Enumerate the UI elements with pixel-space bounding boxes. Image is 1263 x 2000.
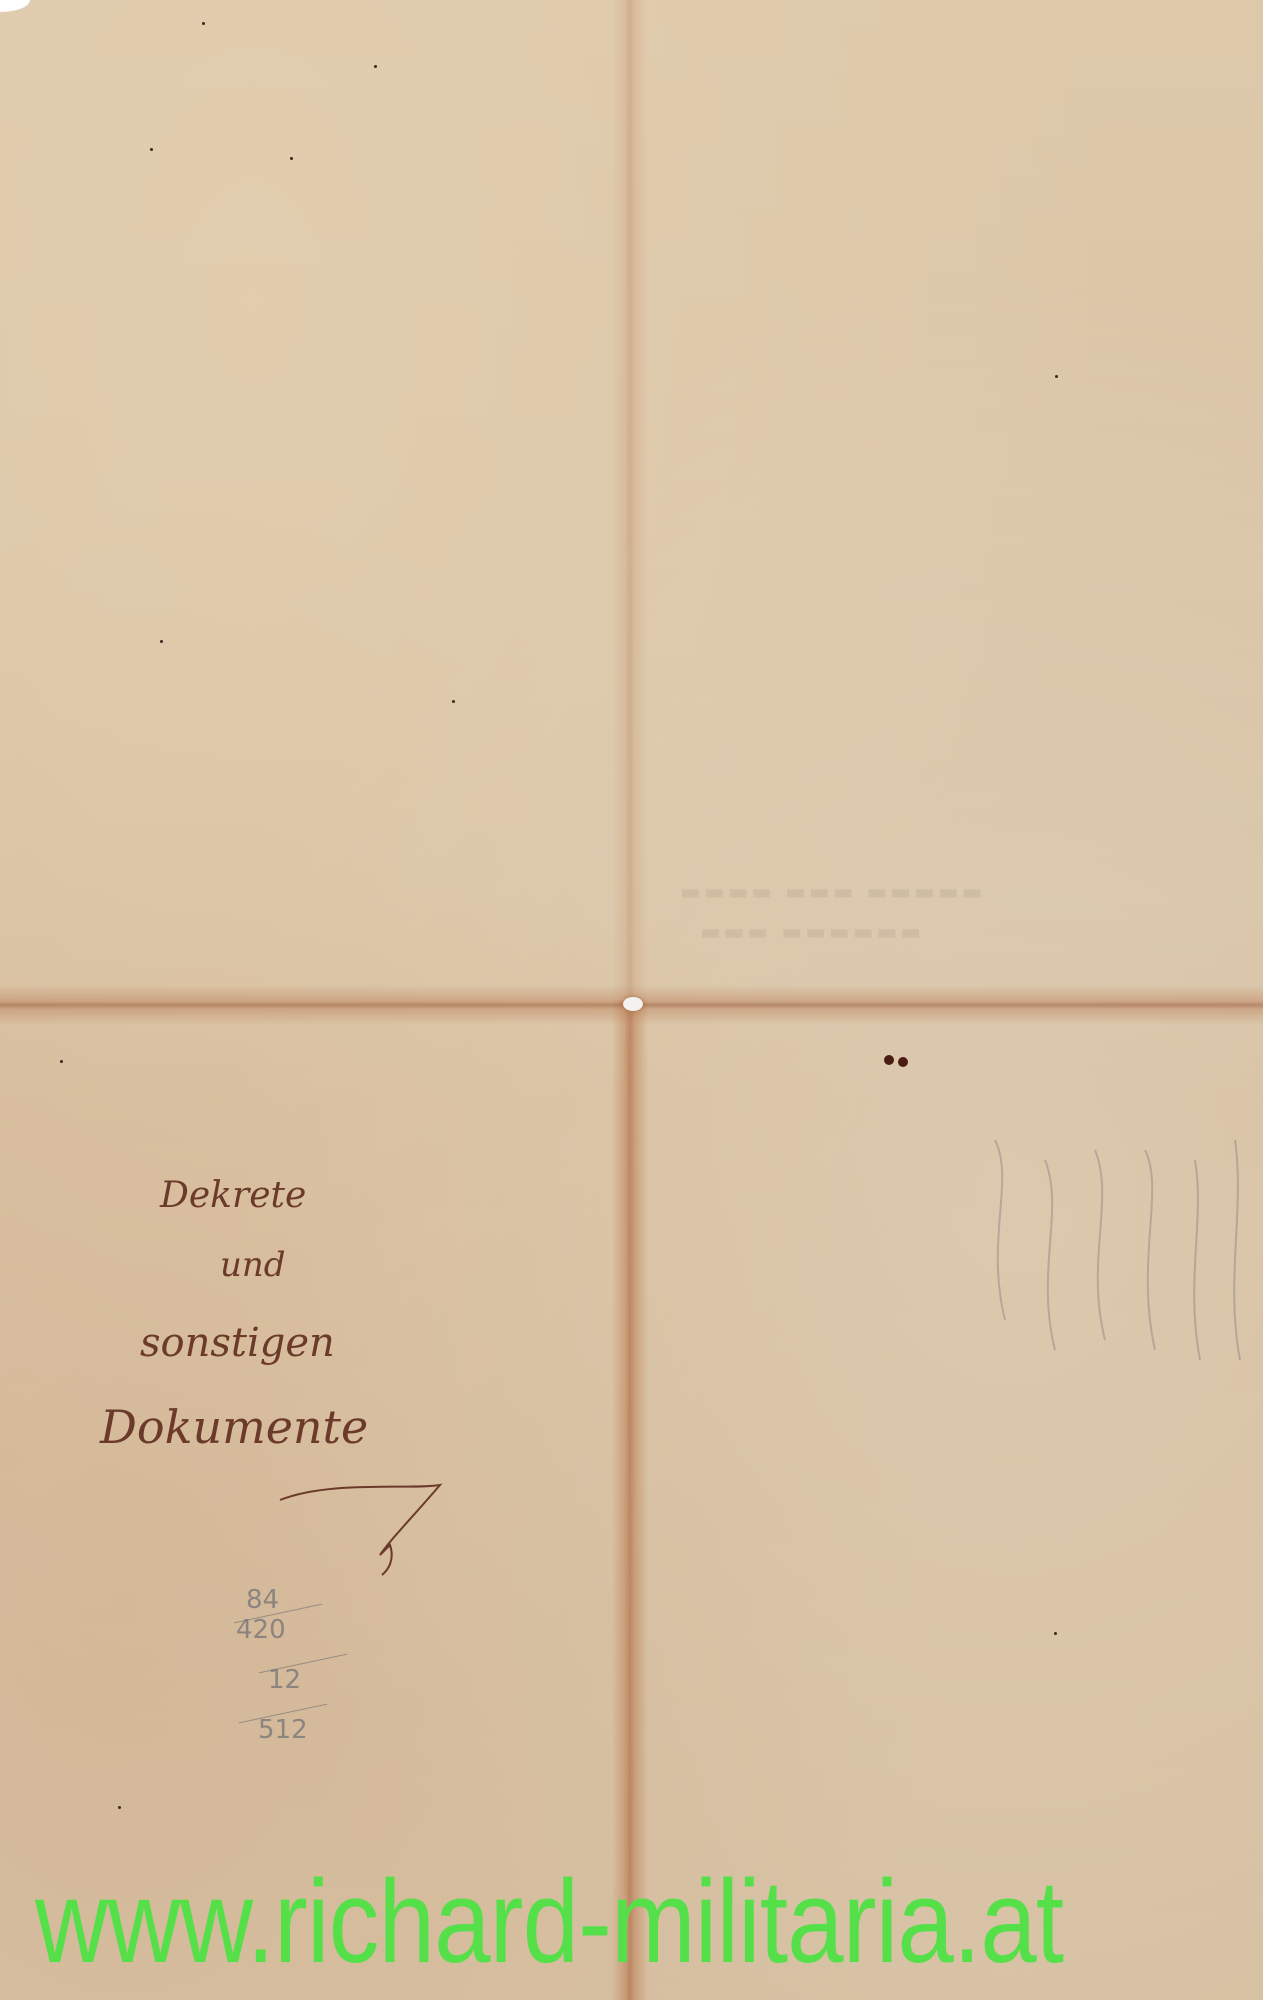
handwritten-line: und <box>220 1245 286 1285</box>
handwritten-line: Dekrete <box>160 1175 306 1216</box>
document-sheet: ▬▬▬▬ ▬▬▬ ▬▬▬▬▬ ▬▬▬ ▬▬▬▬▬▬ Dekrete und so… <box>0 0 1263 2000</box>
flourish-icon <box>270 1460 510 1580</box>
paper-speck <box>60 1060 63 1063</box>
vertical-fold-stain <box>612 1000 648 2000</box>
pencil-number: 512 <box>258 1715 308 1745</box>
bleed-through-text: ▬▬▬▬ ▬▬▬ ▬▬▬▬▬ <box>680 880 985 905</box>
paper-speck <box>118 1806 121 1809</box>
handwritten-line: sonstigen <box>140 1320 335 1366</box>
paper-speck <box>202 22 205 25</box>
paper-speck <box>374 65 377 68</box>
bleed-through-text: ▬▬▬ ▬▬▬▬▬▬ <box>700 920 924 945</box>
torn-corner <box>0 0 30 12</box>
paper-speck <box>1054 1632 1057 1635</box>
pencil-number: 84 <box>246 1585 279 1615</box>
watermark: www.richard-militaria.at <box>35 1862 1067 1982</box>
paper-speck <box>160 640 163 643</box>
pencil-sketch-icon <box>965 1120 1255 1370</box>
paper-speck <box>290 157 293 160</box>
pencil-notation: 84 420 12 512 <box>228 1585 348 1755</box>
handwritten-line: Dokumente <box>100 1400 368 1454</box>
pencil-number: 420 <box>236 1615 286 1645</box>
paper-speck <box>452 700 455 703</box>
paper-speck <box>150 148 153 151</box>
fold-hole <box>623 997 643 1011</box>
ink-spot <box>884 1055 894 1065</box>
ink-spot <box>898 1057 908 1067</box>
pencil-number: 12 <box>268 1665 301 1695</box>
paper-speck <box>1055 375 1058 378</box>
